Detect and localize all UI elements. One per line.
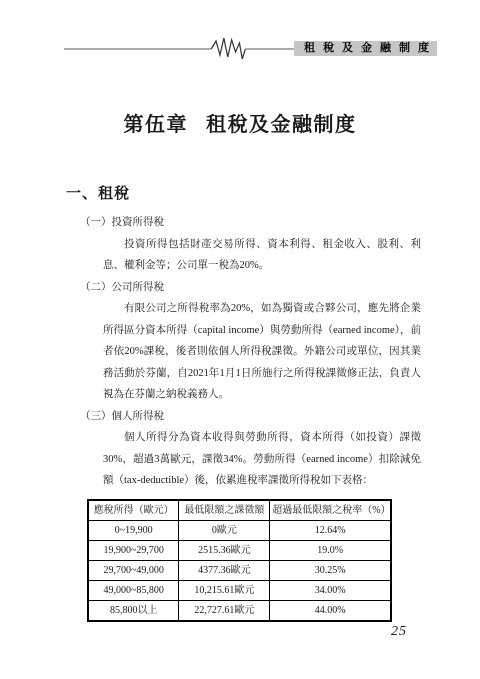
table-cell: 4377.36歐元: [179, 560, 270, 580]
table-header-row: 應稅所得（歐元） 最低限額之課徵額 超過最低限額之稅率（%）: [88, 500, 391, 521]
chapter-title: 第伍章租稅及金融制度: [0, 112, 480, 138]
table-cell: 19,900~29,700: [88, 540, 179, 560]
table-row: 29,700~49,000 4377.36歐元 30.25%: [88, 560, 391, 580]
table-cell: 85,800以上: [88, 600, 179, 621]
subsection-corporate-income-tax: （二）公司所得稅 有限公司之所得稅率為20%，如為獨資或合夥公司，應先將企業所得…: [0, 277, 480, 406]
table-cell: 2515.36歐元: [179, 540, 270, 560]
table-cell: 19.0%: [270, 540, 391, 560]
section-heading: 一、租稅: [66, 184, 480, 204]
table-cell: 22,727.61歐元: [179, 600, 270, 621]
chapter-number: 第伍章: [124, 114, 189, 136]
table-row: 0~19,900 0歐元 12.64%: [88, 520, 391, 540]
table-cell: 30.25%: [270, 560, 391, 580]
table-row: 85,800以上 22,727.61歐元 44.00%: [88, 600, 391, 621]
column-header-base-levy: 最低限額之課徵額: [179, 500, 270, 521]
chapter-name: 租稅及金融制度: [206, 114, 357, 136]
subsection-heading: （一）投資所得稅: [80, 212, 480, 234]
table-row: 49,000~85,800 10,215.61歐元 34.00%: [88, 580, 391, 600]
header-section-label: 租稅及金融制度: [294, 41, 437, 56]
table-cell: 29,700~49,000: [88, 560, 179, 580]
table-cell: 12.64%: [270, 520, 391, 540]
table-cell: 10,215.61歐元: [179, 580, 270, 600]
subsection-heading: （二）公司所得稅: [80, 277, 480, 299]
subsection-heading: （三）個人所得稅: [80, 406, 480, 428]
subsection-paragraph: 個人所得分為資本收得與勞動所得，資本所得（如投資）課徵30%，超過3萬歐元，課徵…: [103, 427, 421, 492]
table-row: 19,900~29,700 2515.36歐元 19.0%: [88, 540, 391, 560]
subsection-paragraph: 有限公司之所得稅率為20%，如為獨資或合夥公司，應先將企業所得區分資本所得（ca…: [103, 298, 421, 406]
subsection-paragraph: 投資所得包括財產交易所得、資本利得、租金收入、股利、利息、權利金等；公司單一稅為…: [103, 234, 421, 277]
table-cell: 34.00%: [270, 580, 391, 600]
column-header-taxable-income: 應稅所得（歐元）: [88, 500, 179, 521]
page-number: 25: [391, 624, 407, 640]
running-header: 租稅及金融制度: [64, 36, 437, 60]
document-page: 租稅及金融制度 第伍章租稅及金融制度 一、租稅 （一）投資所得稅 投資所得包括財…: [0, 0, 480, 679]
header-rule-zigzag-icon: [64, 36, 294, 60]
table-cell: 0歐元: [179, 520, 270, 540]
tax-rate-table: 應稅所得（歐元） 最低限額之課徵額 超過最低限額之稅率（%） 0~19,900 …: [87, 499, 392, 622]
subsection-personal-income-tax: （三）個人所得稅 個人所得分為資本收得與勞動所得，資本所得（如投資）課徵30%，…: [0, 406, 480, 492]
table-cell: 0~19,900: [88, 520, 179, 540]
section-content: （一）投資所得稅 投資所得包括財產交易所得、資本利得、租金收入、股利、利息、權利…: [0, 212, 480, 622]
subsection-investment-income-tax: （一）投資所得稅 投資所得包括財產交易所得、資本利得、租金收入、股利、利息、權利…: [0, 212, 480, 277]
table-cell: 44.00%: [270, 600, 391, 621]
column-header-marginal-rate: 超過最低限額之稅率（%）: [270, 500, 391, 521]
table-cell: 49,000~85,800: [88, 580, 179, 600]
